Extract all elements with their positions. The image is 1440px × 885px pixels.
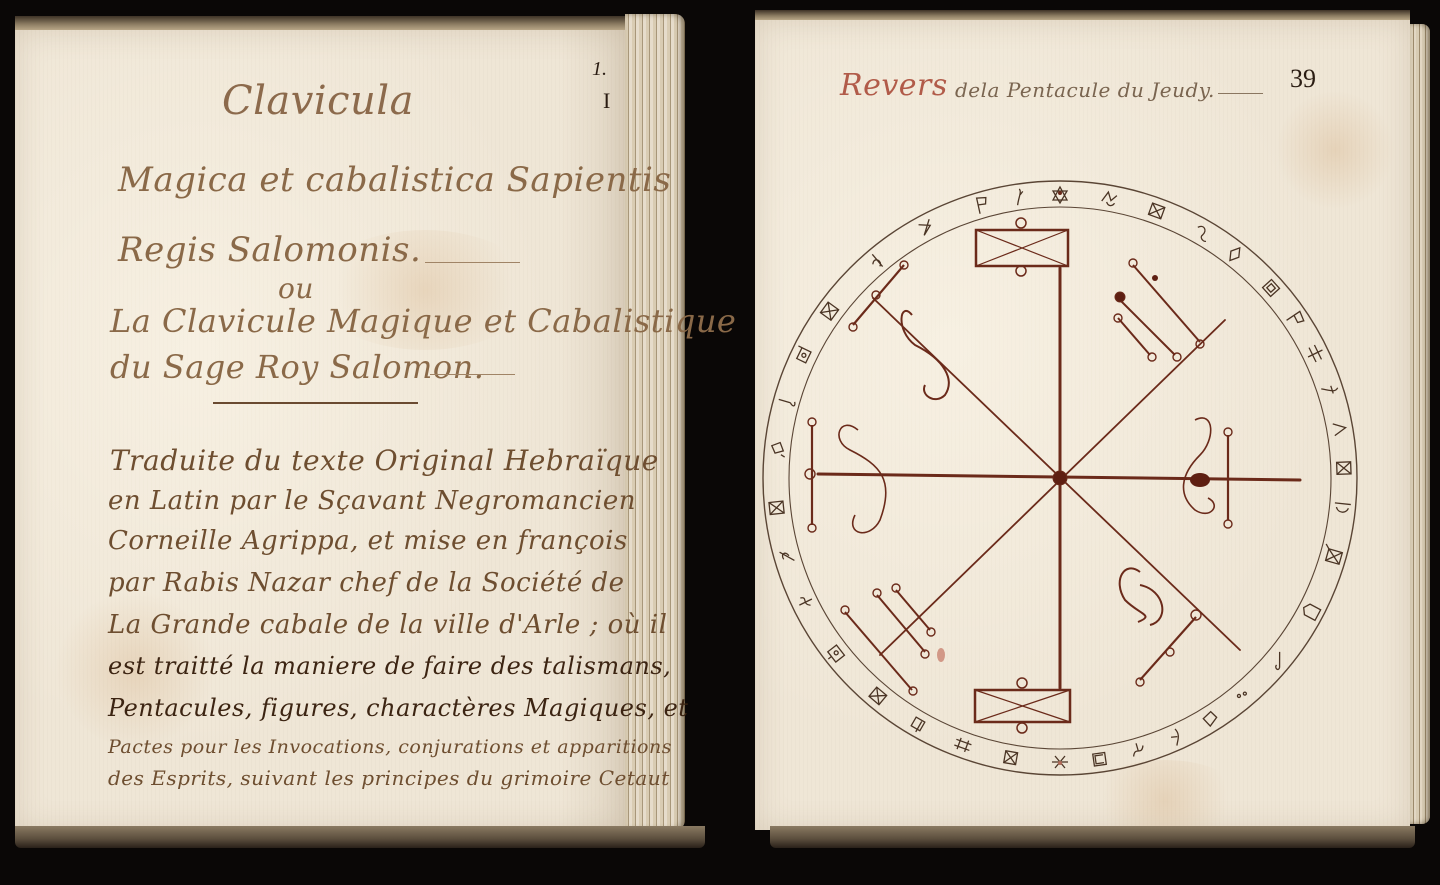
french-title-line-1: La Clavicule Magique et Cabalistique (110, 302, 736, 340)
body-line-5: La Grande cabale de la ville d'Arle ; où… (108, 610, 667, 640)
body-line-3: Corneille Agrippa, et mise en françois (108, 526, 628, 556)
top-rectangle-sigil (976, 218, 1068, 276)
subtitle-line-1: Magica et cabalistica Sapientis (118, 160, 671, 200)
bottom-rectangle-sigil (975, 678, 1070, 733)
body-line-2: en Latin par le Sçavant Negromancien (108, 486, 636, 516)
lower-right-sigil (1120, 568, 1201, 686)
body-line-1: Traduite du texte Original Hebraïque (110, 444, 659, 477)
upper-right-sigil (1114, 259, 1204, 361)
pentacle-diagram (755, 20, 1410, 830)
open-manuscript-book: 1. I Clavicula Magica et cabalistica Sap… (0, 0, 1440, 885)
right-page-stack (1410, 24, 1430, 824)
right-sigil (1184, 418, 1232, 528)
lower-left-sigil (841, 584, 935, 695)
right-page-top-edge (755, 10, 1410, 20)
left-page-top-edge (15, 16, 625, 30)
folio-number-printed: I (603, 88, 610, 114)
flourish (430, 374, 515, 375)
title-divider-rule (213, 402, 418, 404)
upper-left-sigil (849, 261, 949, 399)
french-title-line-2: du Sage Roy Salomon. (110, 348, 484, 386)
body-line-8: Pactes pour les Invocations, conjuration… (108, 736, 672, 758)
title-clavicula: Clavicula (222, 78, 414, 124)
folio-number-handwritten: 1. (592, 58, 607, 81)
body-line-7: Pentacules, figures, charactères Magique… (108, 694, 688, 722)
body-line-6: est traitté la maniere de faire des tali… (108, 652, 671, 680)
connector-ou: ou (278, 272, 314, 305)
flourish (425, 262, 520, 263)
ink-spot (937, 648, 945, 662)
left-page-bottom-edge (15, 826, 705, 848)
body-line-4: par Rabis Nazar chef de la Société de (108, 568, 625, 598)
body-line-9: des Esprits, suivant les principes du gr… (108, 766, 670, 790)
subtitle-line-2: Regis Salomonis. (118, 230, 421, 270)
